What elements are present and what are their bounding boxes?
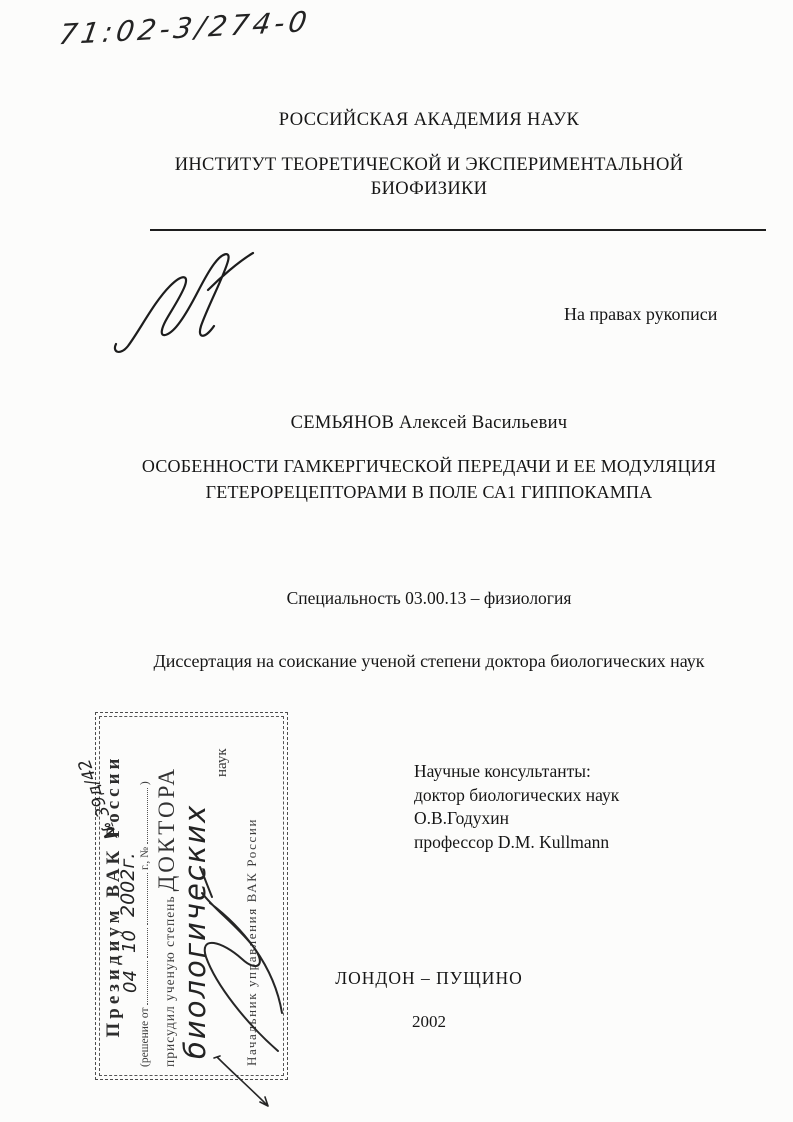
- academy-name: РОССИЙСКАЯ АКАДЕМИЯ НАУК: [65, 110, 793, 131]
- institute-name: ИНСТИТУТ ТЕОРЕТИЧЕСКОЙ И ЭКСПЕРИМЕНТАЛЬН…: [65, 153, 793, 201]
- consultants-heading: Научные консультанты:: [414, 760, 619, 784]
- stamp-handwritten-month: 10: [119, 930, 140, 953]
- consultant-degree: доктор биологических наук: [414, 784, 619, 808]
- handwritten-inventory-number: 71:02-3/274-0: [57, 5, 313, 51]
- consultant-name-1: О.В.Годухин: [414, 807, 619, 831]
- year-line: 2002: [65, 1012, 793, 1032]
- manuscript-rights-note: На правах рукописи: [564, 304, 717, 325]
- stamp-handwritten-year: 2002г.: [117, 853, 139, 917]
- institute-line-1: ИНСТИТУТ ТЕОРЕТИЧЕСКОЙ И ЭКСПЕРИМЕНТАЛЬН…: [65, 153, 793, 177]
- title-line-1: ОСОБЕННОСТИ ГАМКЕРГИЧЕСКОЙ ПЕРЕДАЧИ И ЕЕ…: [65, 453, 793, 479]
- consultants-block: Научные консультанты: доктор биологическ…: [414, 760, 619, 854]
- stamp-decision-close: ): [139, 781, 151, 785]
- dissertation-title-page: 71:02-3/274-0 РОССИЙСКАЯ АКАДЕМИЯ НАУК И…: [0, 0, 793, 1122]
- city-line: ЛОНДОН – ПУЩИНО: [65, 968, 793, 989]
- stamp-blank-number: [137, 788, 148, 844]
- dissertation-degree-line: Диссертация на соискание ученой степени …: [65, 651, 793, 672]
- stamp-degree-doctor: ДОКТОРА: [154, 766, 179, 891]
- handwritten-signature: [110, 246, 275, 358]
- horizontal-divider: [150, 229, 766, 231]
- stamp-signature-tail-stroke: [210, 1052, 280, 1114]
- stamp-nauk-label: наук: [214, 748, 231, 777]
- stamp-decision-mid: г., №: [139, 847, 151, 870]
- specialty-line: Специальность 03.00.13 – физиология: [65, 588, 793, 609]
- title-line-2: ГЕТЕРОРЕЦЕПТОРАМИ В ПОЛЕ СА1 ГИППОКАМПА: [65, 479, 793, 505]
- consultant-name-2: профессор D.M. Kullmann: [414, 831, 619, 855]
- author-name: СЕМЬЯНОВ Алексей Васильевич: [65, 413, 793, 434]
- institute-line-2: БИОФИЗИКИ: [65, 177, 793, 201]
- dissertation-title: ОСОБЕННОСТИ ГАМКЕРГИЧЕСКОЙ ПЕРЕДАЧИ И ЕЕ…: [65, 453, 793, 505]
